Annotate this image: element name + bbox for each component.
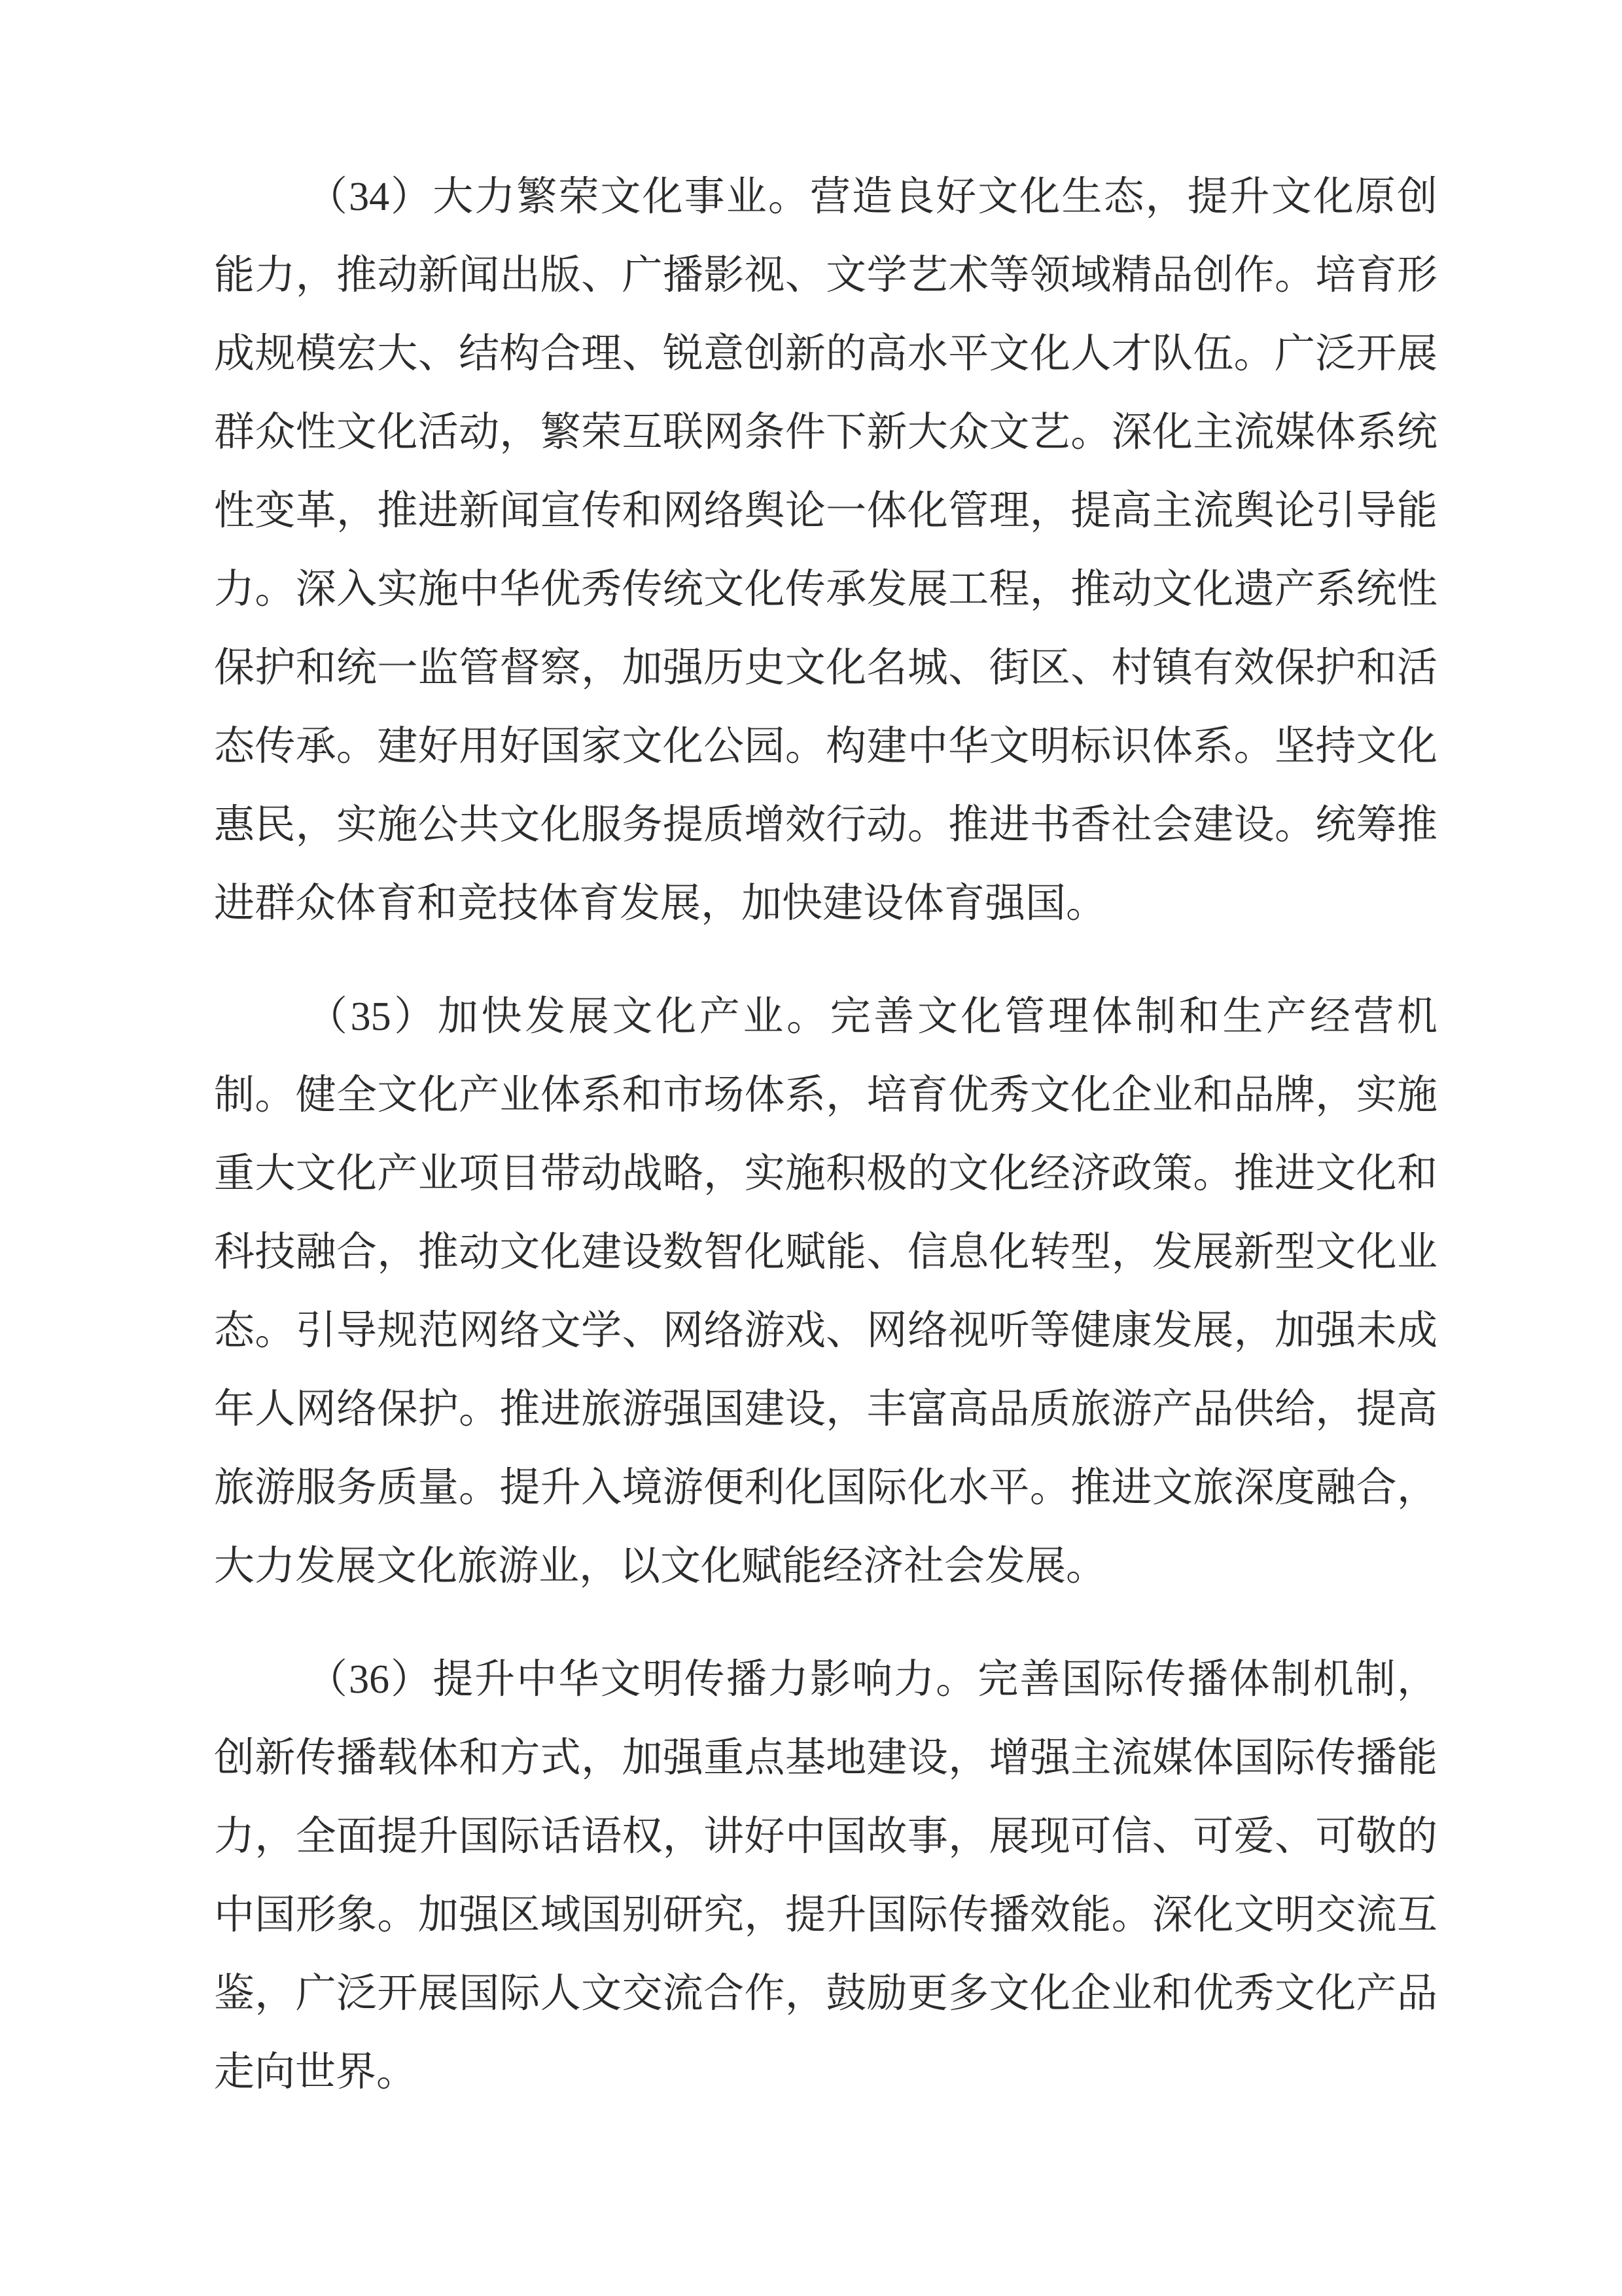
document-body: （34）大力繁荣文化事业。营造良好文化生态，提升文化原创能力，推动新闻出版、广播… xyxy=(214,158,1437,2111)
paragraph-35: （35）加快发展文化产业。完善文化管理体制和生产经营机制。健全文化产业体系和市场… xyxy=(214,978,1437,1606)
paragraph-36: （36）提升中华文明传播力影响力。完善国际传播体制机制，创新传播载体和方式，加强… xyxy=(214,1640,1437,2111)
paragraph-34: （34）大力繁荣文化事业。营造良好文化生态，提升文化原创能力，推动新闻出版、广播… xyxy=(214,158,1437,943)
document-page: （34）大力繁荣文化事业。营造良好文化生态，提升文化原创能力，推动新闻出版、广播… xyxy=(0,0,1622,2296)
